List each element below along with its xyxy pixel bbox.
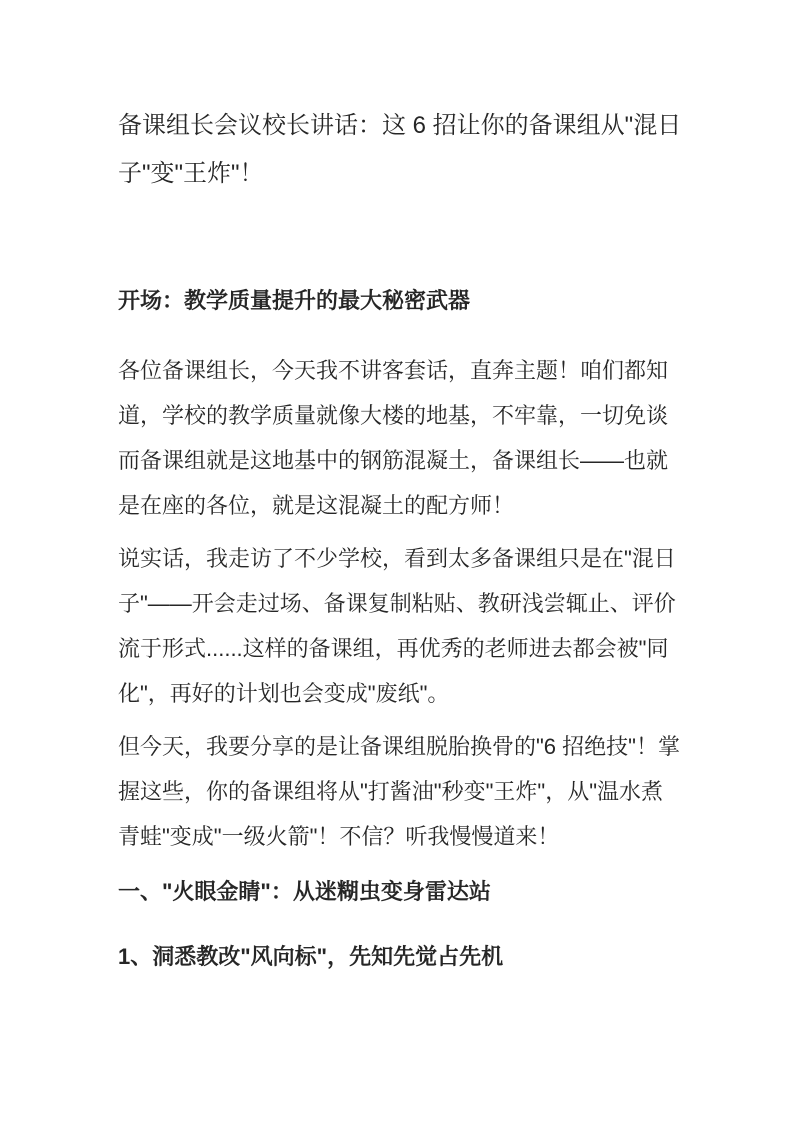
document-content: 备课组长会议校长讲话：这 6 招让你的备课组从"混日 子"变"王炸"！ 开场：教… [0,0,793,1019]
opening-heading: 开场：教学质量提升的最大秘密武器 [118,278,703,323]
paragraph-intro: 各位备课组长，今天我不讲客套话，直奔主题！咱们都知 道，学校的教学质量就像大楼的… [118,348,703,528]
article-title: 备课组长会议校长讲话：这 6 招让你的备课组从"混日 子"变"王炸"！ [118,102,703,198]
document-page: 备课组长会议校长讲话：这 6 招让你的备课组从"混日 子"变"王炸"！ 开场：教… [0,0,793,1122]
paragraph-problem: 说实话，我走访了不少学校，看到太多备课组只是在"混日 子"——开会走过场、备课复… [118,536,703,716]
paragraph-promise: 但今天，我要分享的是让备课组脱胎换骨的"6 招绝技"！掌 握这些，你的备课组将从… [118,724,703,859]
section-one-heading: 一、"火眼金睛"：从迷糊虫变身雷达站 [118,869,703,914]
section-one-sub-heading: 1、洞悉教改"风向标"，先知先觉占先机 [118,934,703,979]
